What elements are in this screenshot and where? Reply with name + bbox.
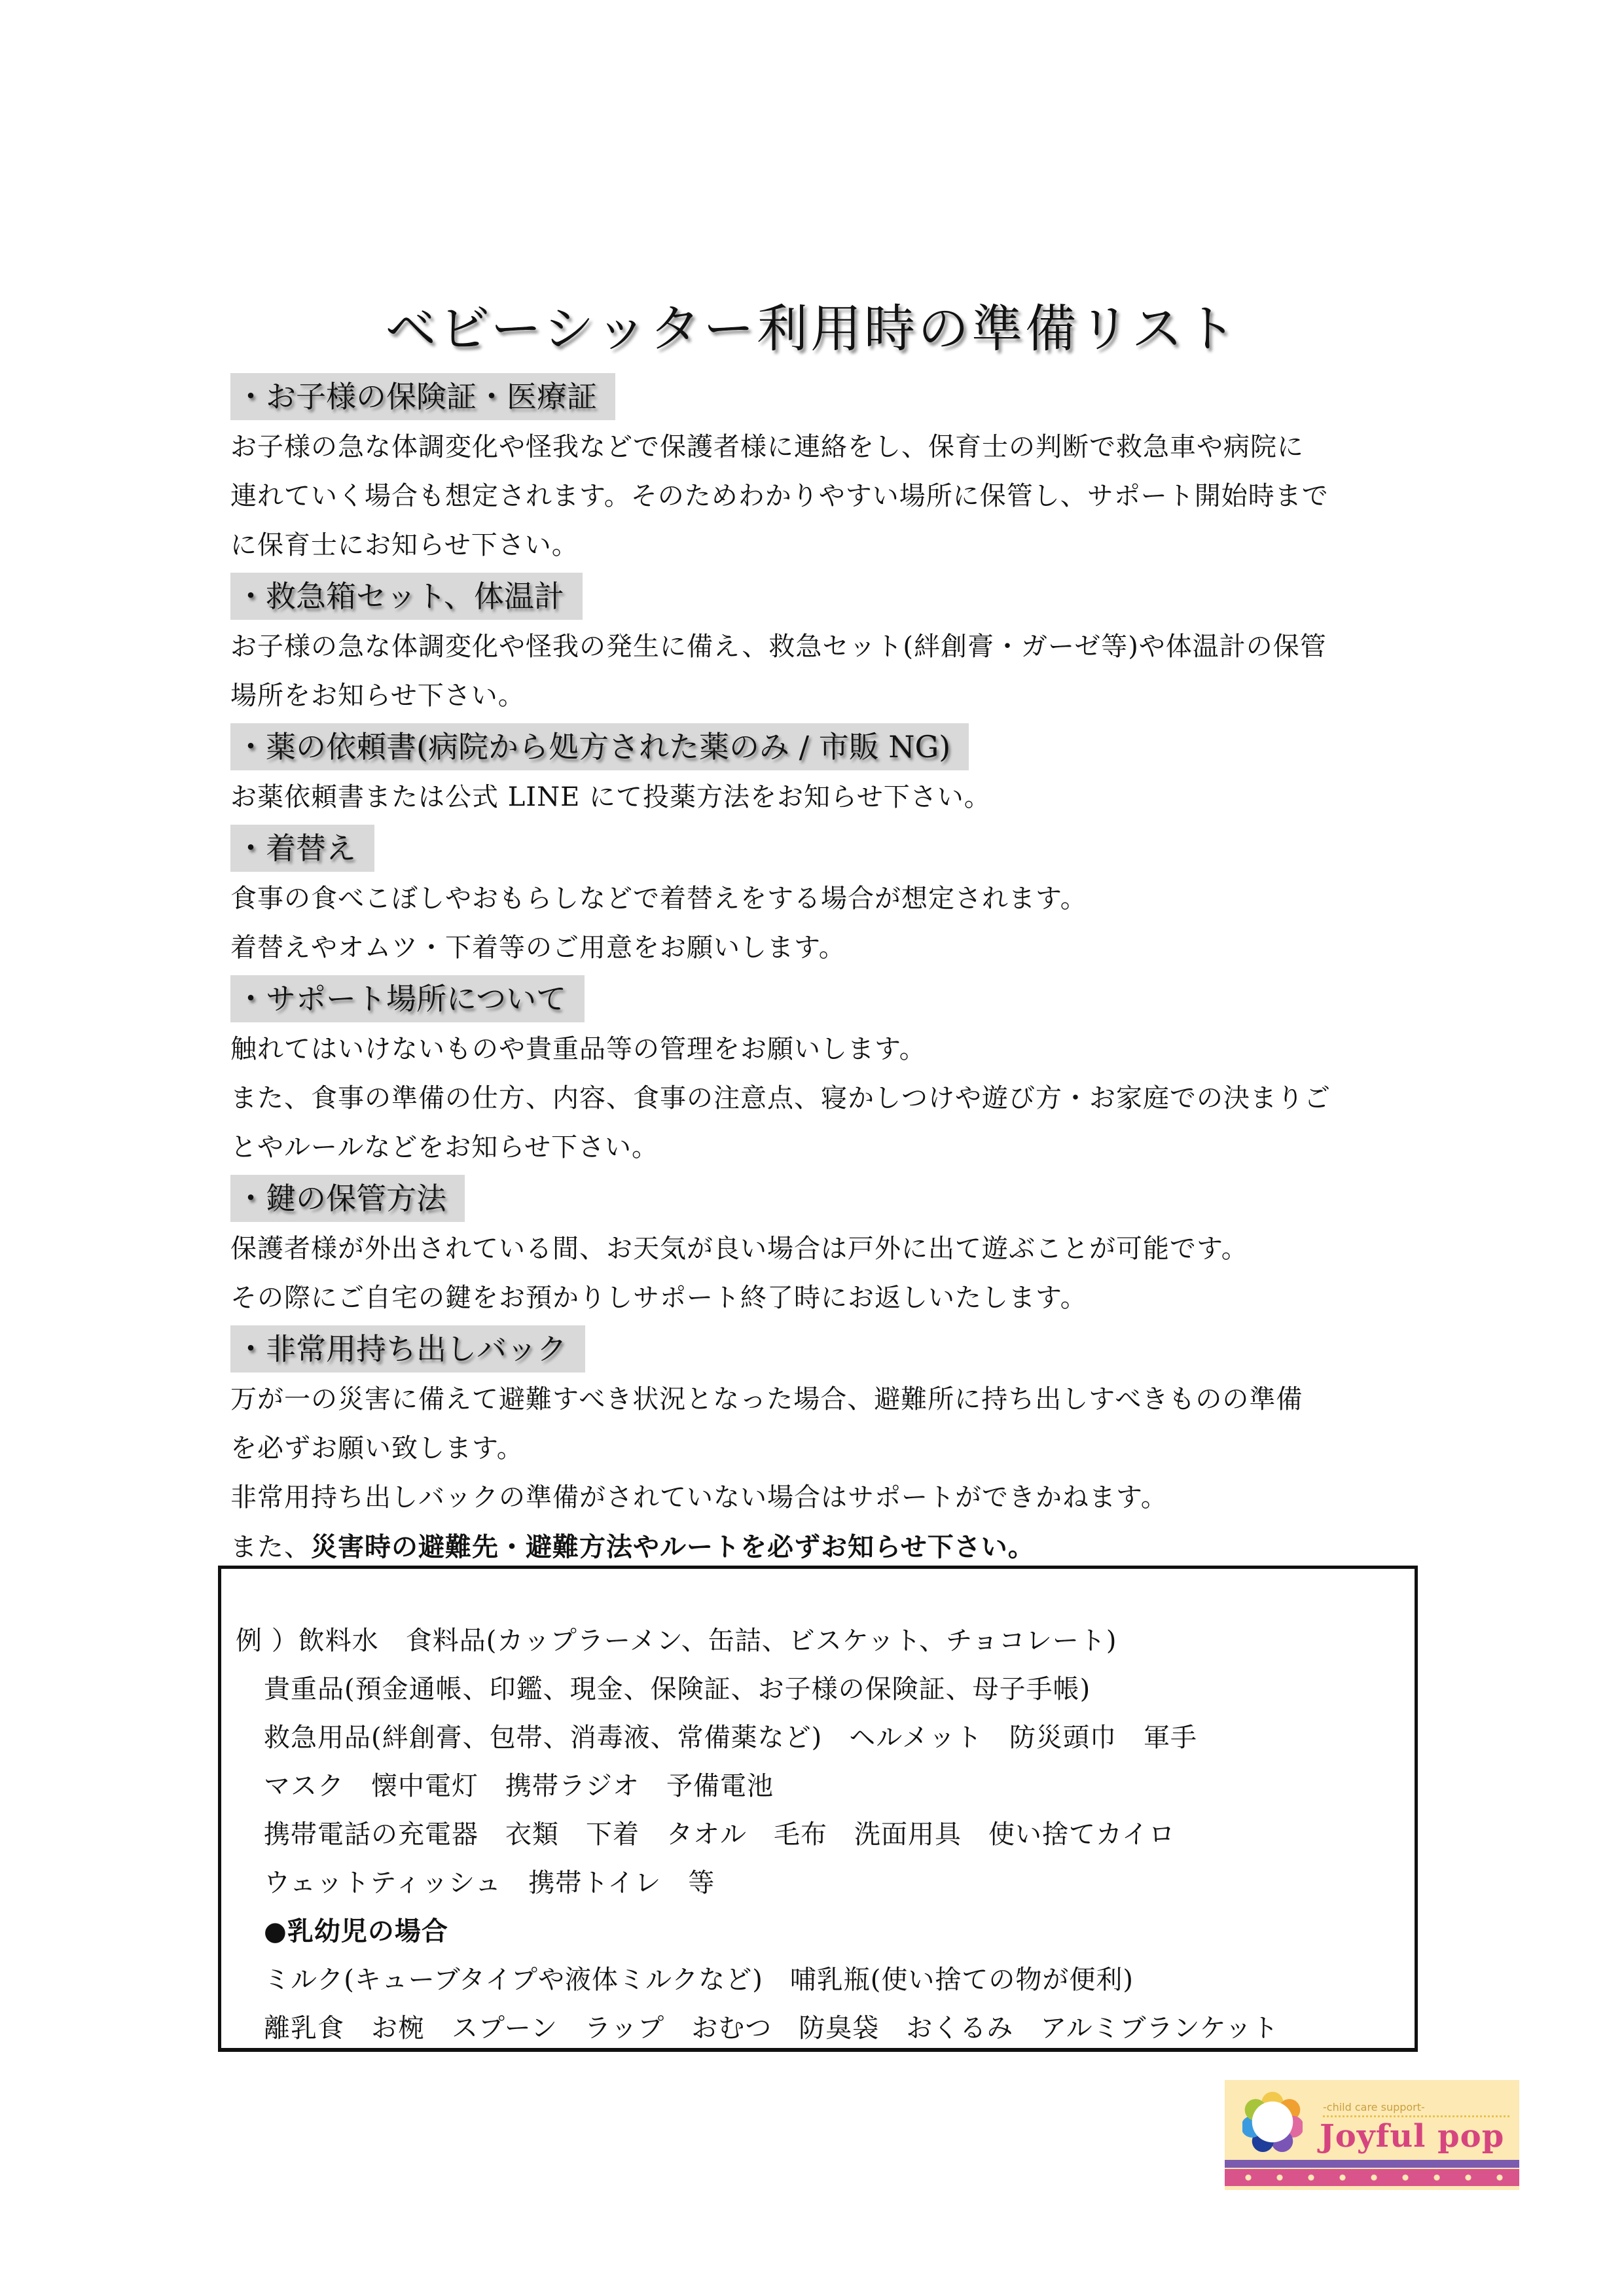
section-first-aid: ・救急箱セット、体温計 お子様の急な体調変化や怪我の発生に備え、救急セット(絆創…: [230, 570, 1402, 721]
section-heading: ・非常用持ち出しバック: [230, 1325, 585, 1372]
body-line: お子様の急な体調変化や怪我などで保護者様に連絡をし、保育士の判断で救急車や病院に: [230, 423, 1402, 472]
section-emergency-bag: ・非常用持ち出しバック 万が一の災害に備えて避難すべき状況となった場合、避難所に…: [230, 1323, 1402, 1572]
body-line: とやルールなどをお知らせ下さい。: [230, 1123, 1402, 1172]
example-line: 貴重品(預金通帳、印鑑、現金、保険証、お子様の保険証、母子手帳): [264, 1668, 1091, 1706]
body-line: 場所をお知らせ下さい。: [230, 672, 1402, 721]
body-line: 着替えやオムツ・下着等のご用意をお願いします。: [230, 924, 1402, 973]
body-line: 触れてはいけないものや貴重品等の管理をお願いします。: [230, 1025, 1402, 1074]
section-heading: ・救急箱セット、体温計: [230, 573, 583, 620]
section-change-of-clothes: ・着替え 食事の食べこぼしやおもらしなどで着替えをする場合が想定されます。 着替…: [230, 822, 1402, 973]
section-heading: ・サポート場所について: [230, 975, 585, 1022]
body-line: 保護者様が外出されている間、お天気が良い場合は戸外に出て遊ぶことが可能です。: [230, 1225, 1402, 1274]
body-line-emphasis: また、災害時の避難先・避難方法やルートを必ずお知らせ下さい。: [230, 1522, 1402, 1572]
logo-dotted-divider: [1323, 2115, 1509, 2117]
example-line: 離乳食 お椀 スプーン ラップ おむつ 防臭袋 おくるみ アルミブランケット: [264, 2007, 1279, 2045]
example-line: ミルク(キューブタイプや液体ミルクなど) 哺乳瓶(使い捨ての物が便利): [264, 1959, 1134, 1996]
example-line: 例 ）飲料水 食料品(カップラーメン、缶詰、ビスケット、チョコレート): [236, 1620, 1117, 1657]
body-line: を必ずお願い致します。: [230, 1424, 1402, 1473]
infant-heading: ●乳幼児の場合: [264, 1910, 448, 1948]
section-heading: ・鍵の保管方法: [230, 1175, 465, 1222]
example-line: マスク 懐中電灯 携帯ラジオ 予備電池: [264, 1765, 774, 1803]
body-line: その際にご自宅の鍵をお預かりしサポート終了時にお返しいたします。: [230, 1274, 1402, 1323]
logo-stripe-pink-dots: [1225, 2169, 1519, 2186]
logo-name: Joyful pop: [1320, 2118, 1504, 2155]
flower-logo-icon: [1242, 2092, 1303, 2152]
section-body: お子様の急な体調変化や怪我などで保護者様に連絡をし、保育士の判断で救急車や病院に…: [230, 423, 1402, 570]
page-title: ベビーシッター利用時の準備リスト: [0, 288, 1624, 361]
joyful-pop-logo: -child care support- Joyful pop: [1225, 2080, 1519, 2190]
section-insurance-card: ・お子様の保険証・医療証 お子様の急な体調変化や怪我などで保護者様に連絡をし、保…: [230, 370, 1402, 570]
example-items-box: 例 ）飲料水 食料品(カップラーメン、缶詰、ビスケット、チョコレート) 貴重品(…: [218, 1566, 1418, 2052]
section-body: お薬依頼書または公式 LINE にて投薬方法をお知らせ下さい。: [230, 773, 1402, 822]
section-body: 保護者様が外出されている間、お天気が良い場合は戸外に出て遊ぶことが可能です。 そ…: [230, 1225, 1402, 1323]
body-line: お薬依頼書または公式 LINE にて投薬方法をお知らせ下さい。: [230, 773, 1402, 822]
body-line: に保育士にお知らせ下さい。: [230, 521, 1402, 570]
body-line: 連れていく場合も想定されます。そのためわかりやすい場所に保管し、サポート開始時ま…: [230, 472, 1402, 521]
checklist-content: ・お子様の保険証・医療証 お子様の急な体調変化や怪我などで保護者様に連絡をし、保…: [230, 370, 1402, 1572]
section-body: 万が一の災害に備えて避難すべき状況となった場合、避難所に持ち出しすべきものの準備…: [230, 1375, 1402, 1572]
section-heading: ・着替え: [230, 825, 374, 872]
body-line: 食事の食べこぼしやおもらしなどで着替えをする場合が想定されます。: [230, 874, 1402, 924]
body-line: お子様の急な体調変化や怪我の発生に備え、救急セット(絆創膏・ガーゼ等)や体温計の…: [230, 622, 1402, 672]
section-key-storage: ・鍵の保管方法 保護者様が外出されている間、お天気が良い場合は戸外に出て遊ぶこと…: [230, 1172, 1402, 1323]
body-line: また、食事の準備の仕方、内容、食事の注意点、寝かしつけや遊び方・お家庭での決まり…: [230, 1074, 1402, 1123]
body-line: 万が一の災害に備えて避難すべき状況となった場合、避難所に持ち出しすべきものの準備: [230, 1375, 1402, 1424]
section-body: 触れてはいけないものや貴重品等の管理をお願いします。 また、食事の準備の仕方、内…: [230, 1025, 1402, 1172]
section-medicine-request: ・薬の依頼書(病院から処方された薬のみ / 市販 NG) お薬依頼書または公式 …: [230, 721, 1402, 822]
logo-stripe-purple: [1225, 2160, 1519, 2168]
section-body: 食事の食べこぼしやおもらしなどで着替えをする場合が想定されます。 着替えやオムツ…: [230, 874, 1402, 973]
example-line: 携帯電話の充電器 衣類 下着 タオル 毛布 洗面用具 使い捨てカイロ: [264, 1814, 1176, 1851]
bold-notice: 災害時の避難先・避難方法やルートを必ずお知らせ下さい。: [311, 1532, 1035, 1562]
logo-tagline: -child care support-: [1323, 2101, 1425, 2113]
section-heading: ・薬の依頼書(病院から処方された薬のみ / 市販 NG): [230, 723, 969, 770]
body-line: 非常用持ち出しバックの準備がされていない場合はサポートができかねます。: [230, 1473, 1402, 1522]
section-support-location: ・サポート場所について 触れてはいけないものや貴重品等の管理をお願いします。 ま…: [230, 973, 1402, 1172]
example-line: 救急用品(絆創膏、包帯、消毒液、常備薬など) ヘルメット 防災頭巾 軍手: [264, 1717, 1197, 1754]
section-body: お子様の急な体調変化や怪我の発生に備え、救急セット(絆創膏・ガーゼ等)や体温計の…: [230, 622, 1402, 721]
example-line: ウェットティッシュ 携帯トイレ 等: [264, 1862, 715, 1899]
body-line-prefix: また、: [230, 1532, 311, 1562]
section-heading: ・お子様の保険証・医療証: [230, 373, 615, 420]
